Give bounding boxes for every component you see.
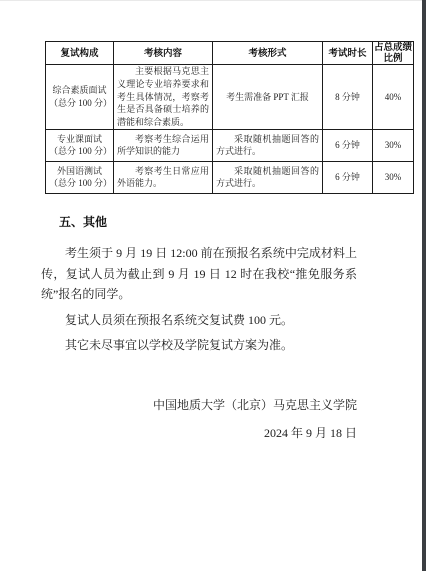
signature-organization: 中国地质大学（北京）马克思主义学院 [41, 399, 357, 412]
col-header-duration: 考试时长 [323, 42, 373, 65]
paragraph-upload-deadline: 考生须于 9 月 19 日 12:00 前在预报名系统中完成材料上传，复试人员为… [41, 243, 357, 305]
col-header-format: 考核形式 [213, 42, 323, 65]
section-heading: 五、其他 [59, 215, 107, 230]
signature-block: 中国地质大学（北京）马克思主义学院 2024 年 9 月 18 日 [41, 399, 357, 440]
row1-content: 主要根据马克思主义理论专业培养要求和考生具体情况，考察考生是否具备硕士培养的潜能… [114, 65, 213, 130]
paragraph-disclaimer: 其它未尽事宜以学校及学院复试方案为准。 [41, 335, 357, 356]
document-page: 复试构成 考核内容 考核形式 考试时长 占总成绩比例 综合素质面试（总分 100… [0, 0, 426, 571]
table-row: 专业课面试（总分 100 分） 考察考生综合运用所学知识的能力 采取随机抽题回答… [46, 129, 414, 161]
table-row: 综合素质面试（总分 100 分） 主要根据马克思主义理论专业培养要求和考生具体情… [46, 65, 414, 130]
row2-duration: 6 分钟 [323, 129, 373, 161]
paragraph-fee: 复试人员须在预报名系统交复试费 100 元。 [41, 310, 357, 331]
row2-weight: 30% [373, 129, 414, 161]
row3-duration: 6 分钟 [323, 161, 373, 193]
table-header-row: 复试构成 考核内容 考核形式 考试时长 占总成绩比例 [46, 42, 414, 65]
col-header-component: 复试构成 [46, 42, 114, 65]
row1-format: 考生需准备 PPT 汇报 [213, 65, 323, 130]
row3-format: 采取随机抽题回答的方式进行。 [213, 161, 323, 193]
row2-content: 考察考生综合运用所学知识的能力 [114, 129, 213, 161]
col-header-weight: 占总成绩比例 [373, 42, 414, 65]
signature-date: 2024 年 9 月 18 日 [41, 427, 357, 440]
viewer-edge-strip [422, 0, 426, 571]
row3-component: 外国语测试（总分 100 分） [46, 161, 114, 193]
table-row: 外国语测试（总分 100 分） 考察考生日常应用外语能力。 采取随机抽题回答的方… [46, 161, 414, 193]
row2-format: 采取随机抽题回答的方式进行。 [213, 129, 323, 161]
row1-weight: 40% [373, 65, 414, 130]
viewer-top-edge [0, 0, 426, 1]
row2-component: 专业课面试（总分 100 分） [46, 129, 114, 161]
row3-content: 考察考生日常应用外语能力。 [114, 161, 213, 193]
col-header-content: 考核内容 [114, 42, 213, 65]
row3-weight: 30% [373, 161, 414, 193]
row1-component: 综合素质面试（总分 100 分） [46, 65, 114, 130]
exam-structure-table: 复试构成 考核内容 考核形式 考试时长 占总成绩比例 综合素质面试（总分 100… [45, 41, 414, 194]
section-body: 考生须于 9 月 19 日 12:00 前在预报名系统中完成材料上传，复试人员为… [41, 243, 357, 360]
row1-duration: 8 分钟 [323, 65, 373, 130]
